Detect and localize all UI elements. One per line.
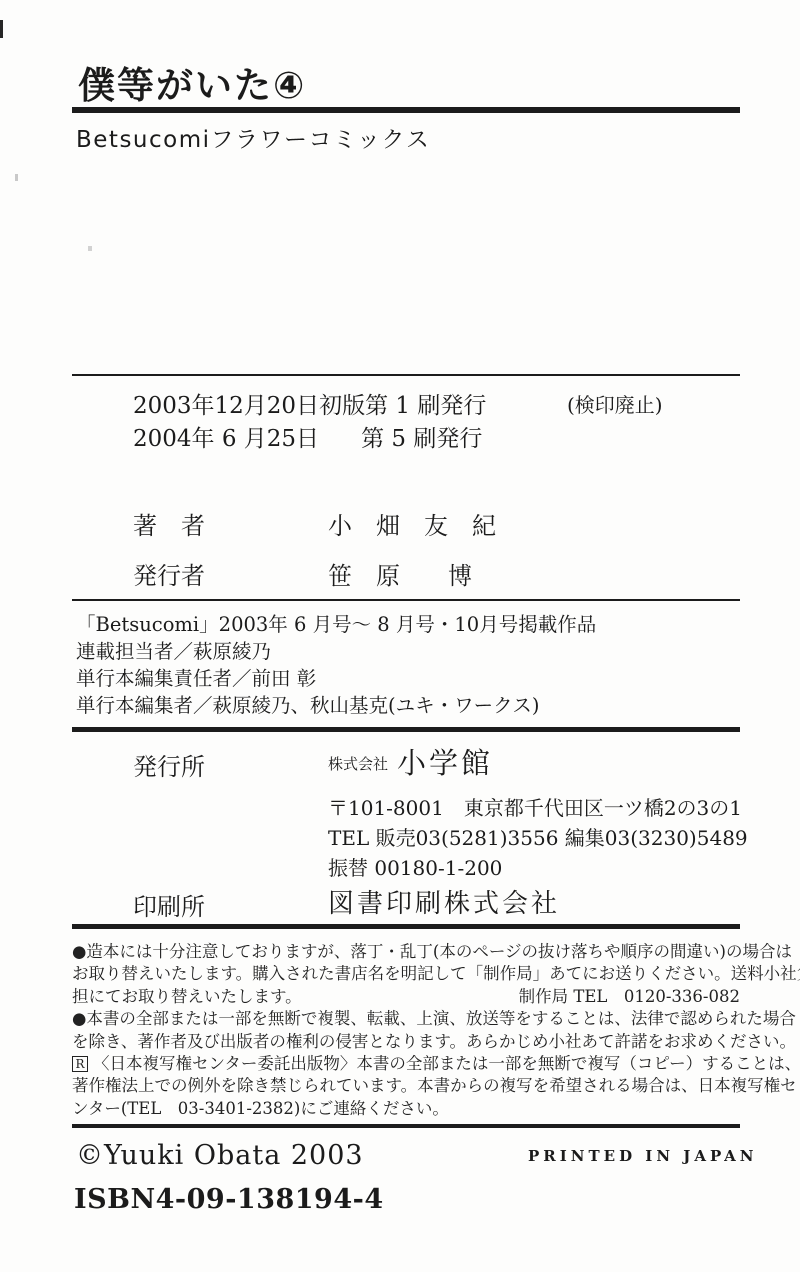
- serialization-block: 「Betsucomi」2003年 6 月号～ 8 月号・10月号掲載作品 連載担…: [76, 611, 744, 719]
- colophon-page: 僕等がいた④ Betsucomiフラワーコミックス 2003年12月20日初版第…: [0, 0, 800, 1272]
- scan-edge-mark: [0, 20, 3, 38]
- printer-label: 印刷所: [133, 887, 205, 922]
- production-bureau-tel: 制作局 TEL 0120-336-082: [519, 986, 740, 1008]
- divider-above-notices: [72, 924, 740, 929]
- isbn-number: ISBN4-09-138194-4: [74, 1184, 384, 1215]
- legal-notices: ●造本には十分注意しておりますが、落丁・乱丁(本のページの抜け落ちや順序の間違い…: [72, 941, 740, 1120]
- printer-name: 図書印刷株式会社: [328, 883, 560, 920]
- publishing-company: 株式会社小学館: [328, 741, 493, 782]
- printed-in-japan: PRINTED IN JAPAN: [528, 1147, 758, 1165]
- defect-notice-line1: ●造本には十分注意しておりますが、落丁・乱丁(本のページの抜け落ちや順序の間違い…: [72, 941, 740, 963]
- divider-above-footer: [72, 1124, 740, 1128]
- company-prefix: 株式会社: [328, 755, 388, 773]
- divider-above-serialization: [72, 599, 740, 601]
- defect-notice-line3: 担にてお取り替えいたします。 制作局 TEL 0120-336-082: [72, 986, 740, 1008]
- reproduction-notice-line3: ンター(TEL 03-3401-2382)にご連絡ください。: [72, 1098, 740, 1120]
- seal-abolition-note: (検印廃止): [567, 389, 663, 418]
- registered-r-box-icon: R: [72, 1056, 88, 1072]
- reproduction-notice-line1: R〈日本複写権センター委託出版物〉本書の全部または一部を無断で複写（コピー）する…: [72, 1053, 740, 1075]
- defect-notice-line2: お取り替えいたします。購入された書店名を明記して「制作局」あてにお送りください。…: [72, 963, 740, 985]
- postal-transfer-account: 振替 00180-1-200: [328, 852, 502, 881]
- title-rule: [72, 107, 740, 113]
- publisher-telephone: TEL 販売03(5281)3556 編集03(3230)5489: [328, 822, 748, 851]
- current-print-date: 2004年 6 月25日: [133, 426, 319, 452]
- publisher-person-label: 発行者: [133, 556, 205, 591]
- serialization-editor: 連載担当者／萩原綾乃: [76, 638, 744, 665]
- author-label: 著 者: [133, 506, 205, 541]
- current-print-number: 第 5 刷発行: [361, 426, 482, 452]
- volume-editors: 単行本編集者／萩原綾乃、秋山基克(ユキ・ワークス): [76, 692, 744, 719]
- imprint-line: Betsucomiフラワーコミックス: [76, 121, 430, 154]
- defect-notice-line3-text: 担にてお取り替えいたします。: [72, 986, 302, 1008]
- company-name: 小学館: [397, 746, 493, 780]
- serialization-issues: 「Betsucomi」2003年 6 月号～ 8 月号・10月号掲載作品: [76, 611, 744, 638]
- divider-above-publisher: [72, 727, 740, 732]
- volume-chief-editor: 単行本編集責任者／前田 彰: [76, 665, 744, 692]
- author-name: 小 畑 友 紀: [328, 506, 496, 541]
- copyright-notice-line2: を除き、著作者及び出版者の権利の侵害となります。あらかじめ小社あて許諾をお求めく…: [72, 1031, 740, 1053]
- scan-edge-mark: [15, 174, 18, 181]
- publishing-house-label: 発行所: [133, 747, 205, 782]
- scan-edge-mark: [88, 246, 92, 251]
- current-print-date-line: 2004年 6 月25日第 5 刷発行: [133, 420, 482, 453]
- divider-above-dates: [72, 374, 740, 376]
- publisher-person-name: 笹 原 博: [328, 556, 472, 591]
- copyright-notice-line1: ●本書の全部または一部を無断で複製、転載、上演、放送等をすることは、法律で認めら…: [72, 1008, 740, 1030]
- publisher-address: 〒101-8001 東京都千代田区一ツ橋2の3の1: [328, 792, 742, 821]
- reproduction-notice-line2: 著作権法上での例外を除き禁じられています。本書からの複写を希望される場合は、日本…: [72, 1075, 740, 1097]
- first-print-date: 2003年12月20日初版第 1 刷発行: [133, 387, 486, 420]
- reproduction-notice-line1-text: 〈日本複写権センター委託出版物〉本書の全部または一部を無断で複写（コピー）するこ…: [93, 1054, 800, 1073]
- book-title: 僕等がいた④: [78, 55, 306, 109]
- copyright-line: ©Yuuki Obata 2003: [76, 1140, 364, 1171]
